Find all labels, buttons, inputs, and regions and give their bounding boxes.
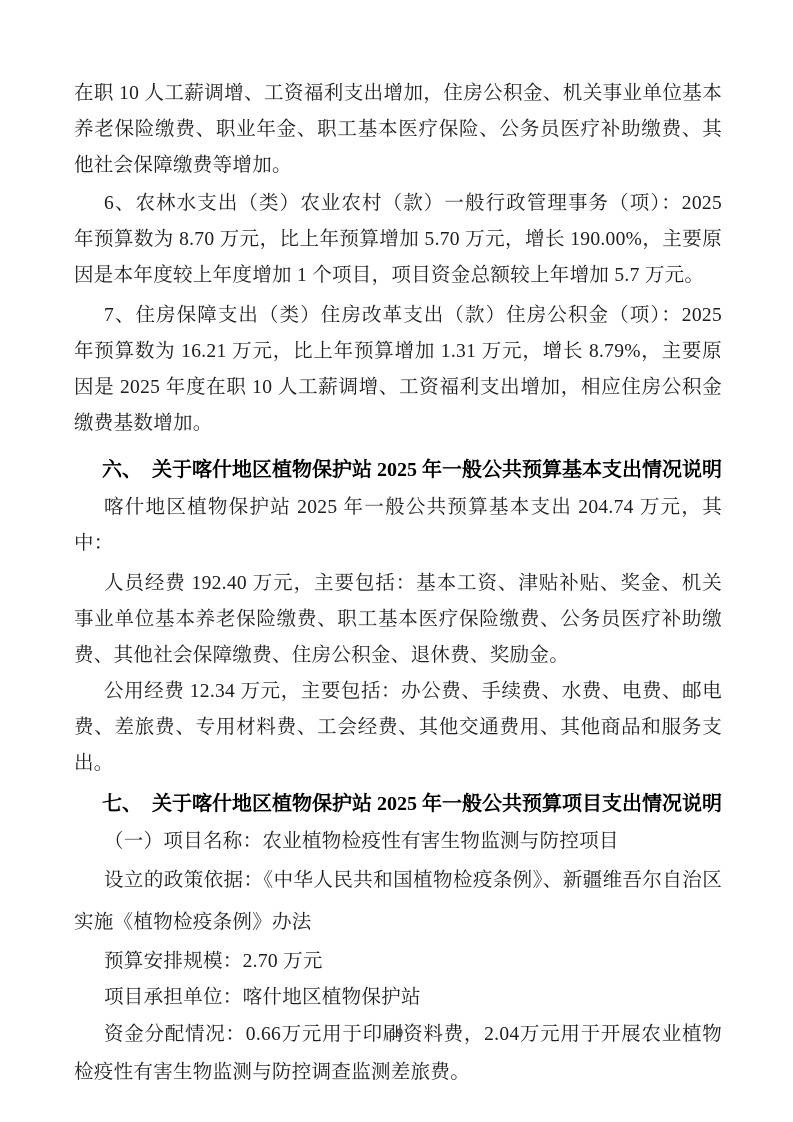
section-6-intro: 喀什地区植物保护站 2025 年一般公共预算基本支出 204.74 万元，其中： <box>74 490 722 562</box>
undertaker-line: 项目承担单位：喀什地区植物保护站 <box>74 980 722 1016</box>
project-name-line: （一）项目名称：农业植物检疫性有害生物监测与防控项目 <box>74 824 722 860</box>
page-number: 19 <box>0 1026 793 1040</box>
public-expense-paragraph: 公用经费 12.34 万元，主要包括：办公费、手续费、水费、电费、邮电费、差旅费… <box>74 674 722 782</box>
section-6-heading: 六、 关于喀什地区植物保护站 2025 年一般公共预算基本支出情况说明 <box>74 450 722 490</box>
document-page: 在职 10 人工薪调增、工资福利支出增加，住房公积金、机关事业单位基本养老保险缴… <box>0 0 793 1122</box>
document-body: 在职 10 人工薪调增、工资福利支出增加，住房公积金、机关事业单位基本养老保险缴… <box>74 76 722 1092</box>
carryover-paragraph: 在职 10 人工薪调增、工资福利支出增加，住房公积金、机关事业单位基本养老保险缴… <box>74 76 722 184</box>
budget-item-7: 7、住房保障支出（类）住房改革支出（款）住房公积金（项）：2025 年预算数为 … <box>74 298 722 442</box>
budget-item-6: 6、农林水支出（类）农业农村（款）一般行政管理事务（项）：2025 年预算数为 … <box>74 186 722 294</box>
policy-basis-paragraph: 设立的政策依据：《中华人民共和国植物检疫条例》、新疆维吾尔自治区实施《植物检疫条… <box>74 860 722 944</box>
section-7-heading: 七、 关于喀什地区植物保护站 2025 年一般公共预算项目支出情况说明 <box>74 784 722 824</box>
budget-scale-line: 预算安排规模：2.70 万元 <box>74 944 722 980</box>
personnel-expense-paragraph: 人员经费 192.40 万元，主要包括：基本工资、津贴补贴、奖金、机关事业单位基… <box>74 566 722 674</box>
